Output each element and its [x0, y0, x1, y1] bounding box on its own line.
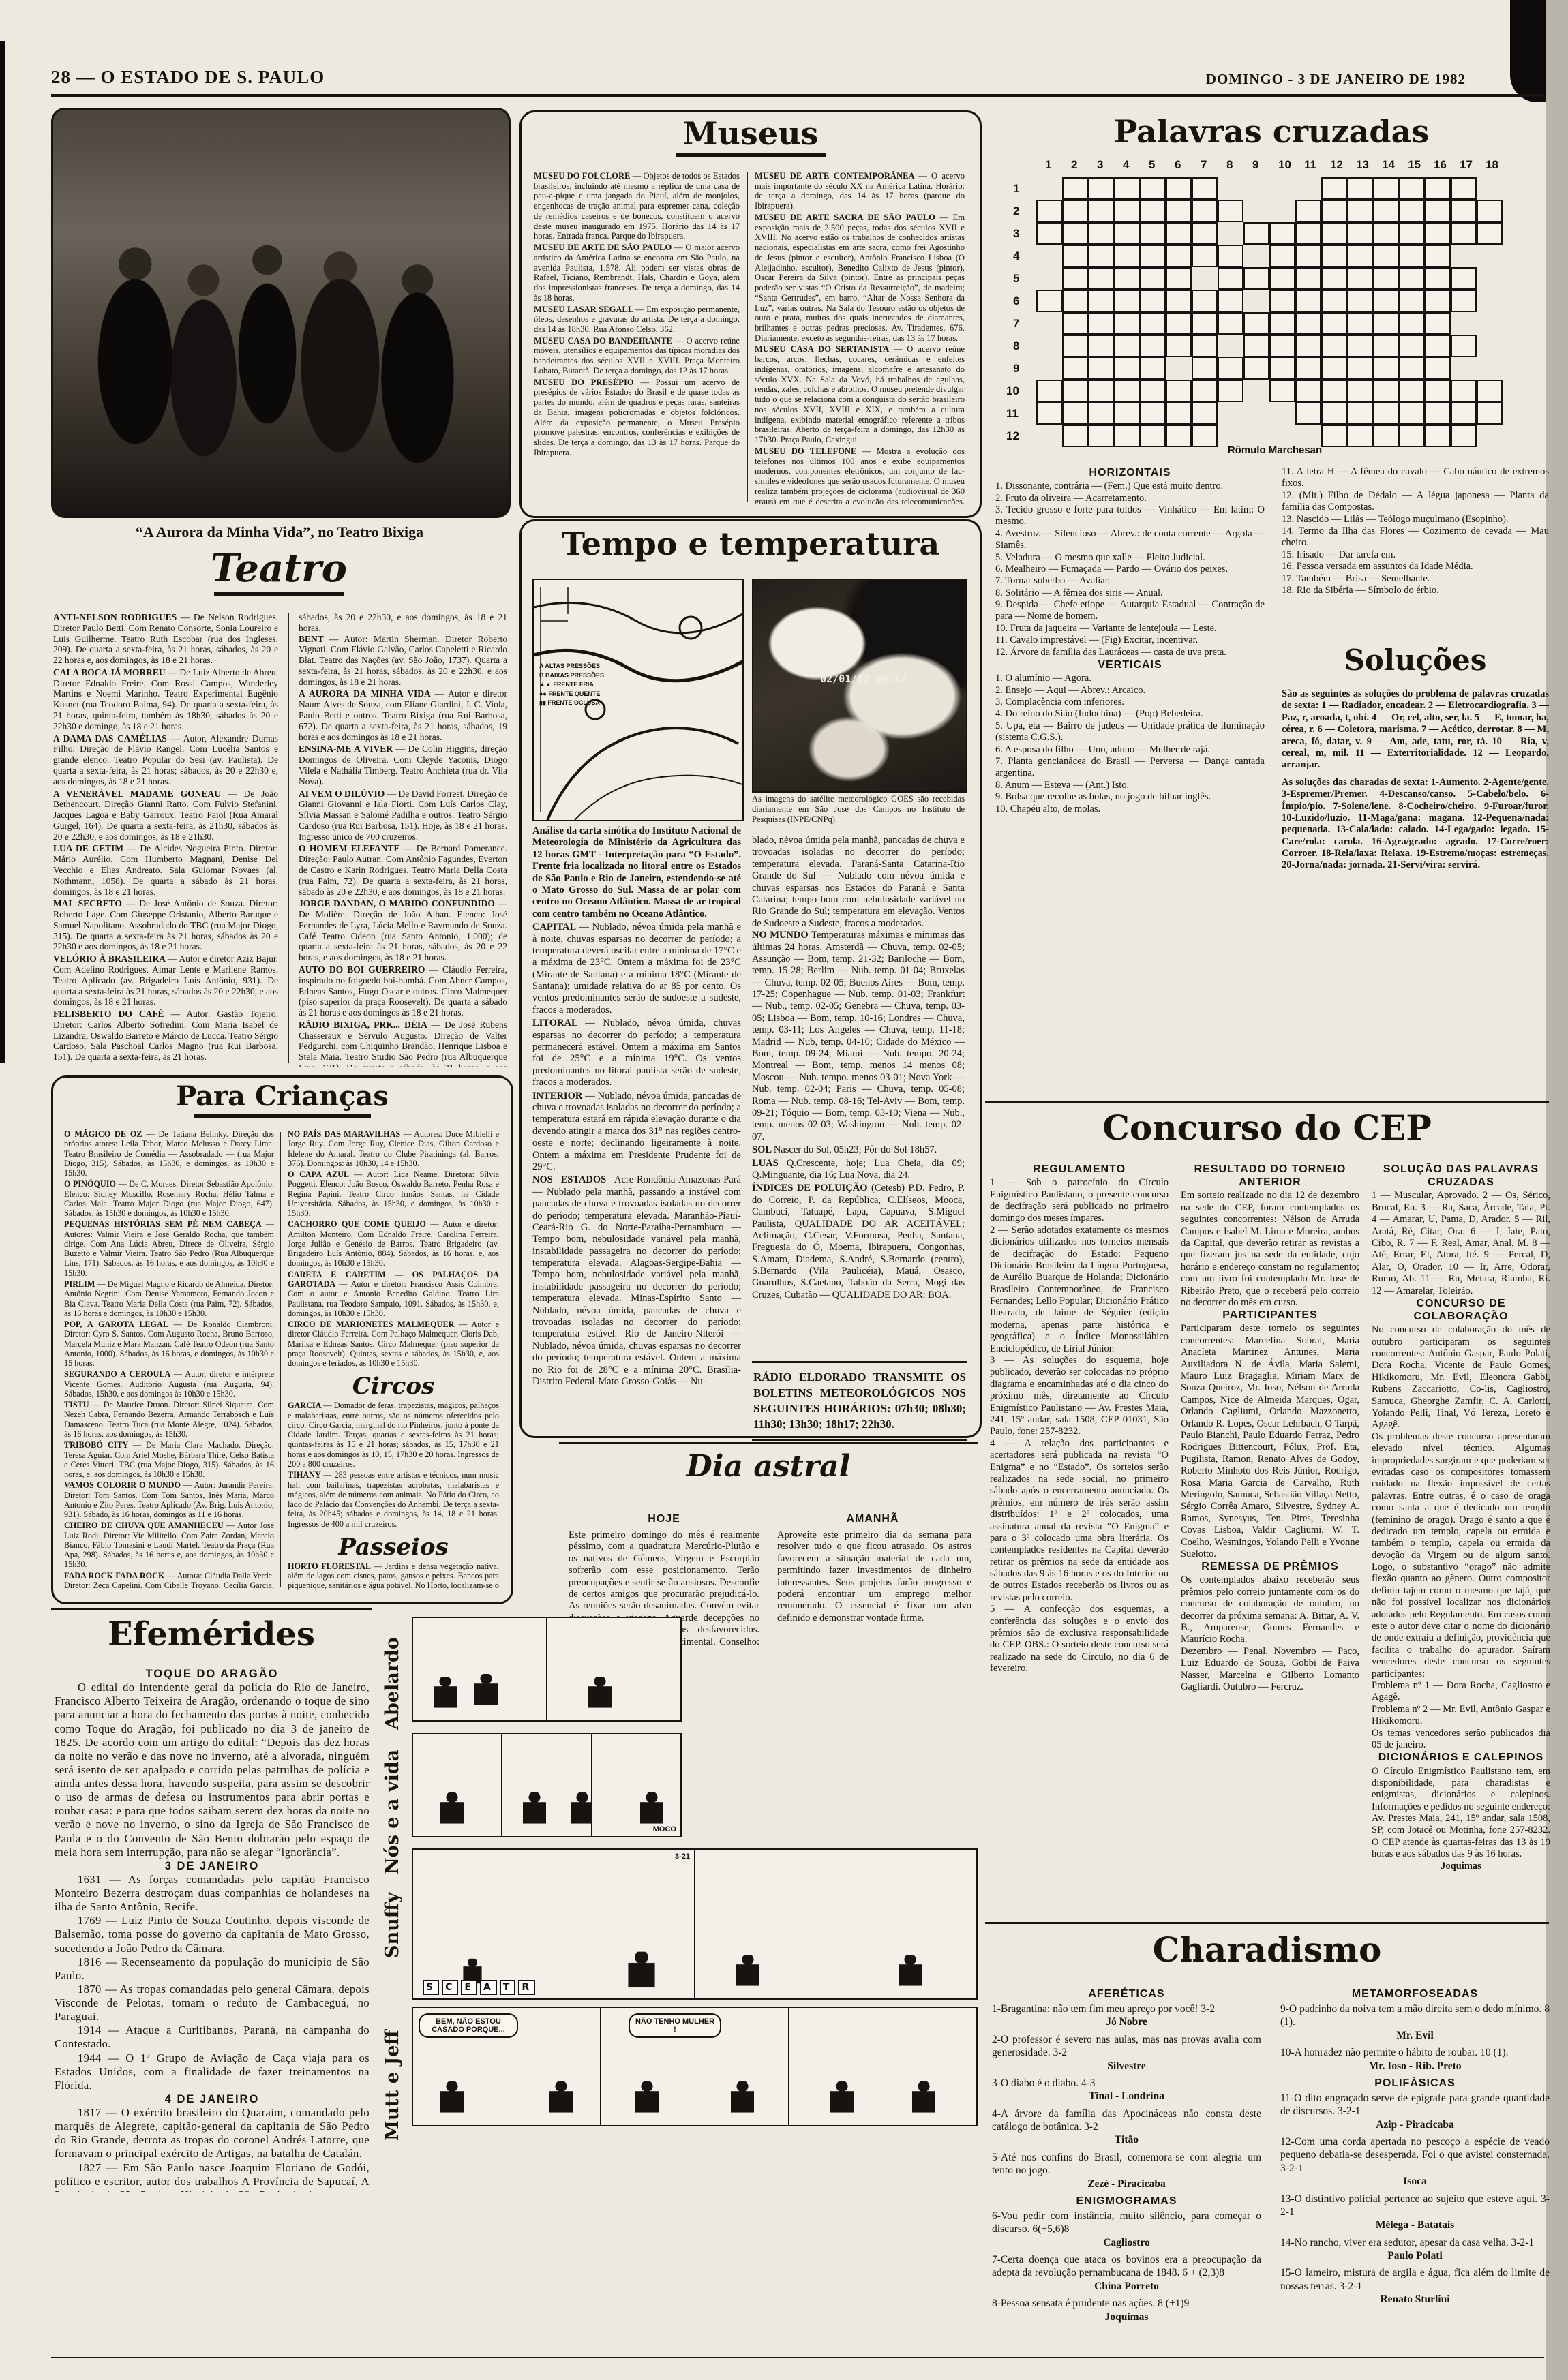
crossword-credit: Rômulo Marchesan	[1064, 444, 1486, 456]
author-signature: China Porreto	[992, 2280, 1261, 2293]
cep-column-1: REGULAMENTO1 — Sob o patrocínio do Círcu…	[990, 1163, 1169, 1909]
crossword-cell	[1218, 200, 1243, 222]
text-item: 17. Também — Brisa — Semelhante.	[1282, 573, 1549, 585]
satellite-timestamp: 02/01/82 09:17	[820, 673, 906, 686]
crossword-cell	[1399, 357, 1425, 380]
museus-column-2: MUSEU DE ARTE CONTEMPORÂNEA — O acervo m…	[755, 171, 965, 504]
text-item: 5. Veladura — O mesmo que xalle — Pleito…	[995, 552, 1265, 564]
crossword-cell	[1088, 402, 1114, 425]
author-signature: Zezé - Piracicaba	[992, 2178, 1261, 2191]
text-item: NO PAÍS DAS MARAVILHAS — Autores: Duce M…	[288, 1129, 499, 1168]
crossword-cell	[1088, 357, 1114, 380]
crossword-cell	[1140, 380, 1166, 402]
crossword-cell	[1295, 335, 1321, 357]
text-item: 1 — Sob o patrocínio do Círculo Enigmíst…	[990, 1177, 1169, 1225]
crossword-cell	[1347, 380, 1373, 402]
crossword-cell	[1347, 402, 1373, 425]
solucoes-headline: Soluções	[1282, 646, 1549, 675]
cep-column-2: RESULTADO DO TORNEIO ANTERIOREm sorteio …	[1181, 1163, 1359, 1909]
text-item: LUAS Q.Crescente, hoje; Lua Cheia, dia 0…	[752, 1158, 965, 1182]
section-subhead: AFERÉTICAS	[992, 1987, 1261, 2001]
text-item: MUSEU DO FOLCLORE — Objetos de todos os …	[534, 171, 740, 241]
toy-block-letter: E	[461, 1980, 477, 1995]
crossword-cell	[1166, 290, 1192, 312]
crossword-cell	[1451, 290, 1477, 312]
crossword-cell	[1269, 222, 1295, 245]
author-signature: Paulo Polati	[1280, 2249, 1550, 2262]
crossword-cell	[1192, 290, 1218, 312]
text-item: 3-O diabo é o diabo. 4-3	[992, 2077, 1261, 2090]
crossword-cell	[1166, 222, 1192, 245]
crossword-cell	[1166, 335, 1192, 357]
text-item: Análise da carta sinótica do Instituto N…	[532, 825, 741, 920]
para-criancas-column-2-entries: NO PAÍS DAS MARAVILHAS — Autores: Duce M…	[288, 1129, 499, 1369]
crossword-cell	[1321, 380, 1347, 402]
crossword-cell	[1321, 290, 1347, 312]
crossword-cell	[1088, 335, 1114, 357]
tempo-column-1: Análise da carta sinótica do Instituto N…	[532, 825, 741, 1425]
crossword-cell	[1062, 402, 1088, 425]
crossword-cell	[1114, 267, 1140, 290]
text-item: ENSINA-ME A VIVER — De Colin Higgins, di…	[299, 744, 507, 787]
text-item: CALA BOCA JÁ MORREU — De Luiz Alberto de…	[53, 667, 278, 732]
tempo-box: Tempo e temperatura A ALTAS PRESSÕESB BA…	[519, 519, 982, 1438]
crossword-cell	[1347, 357, 1373, 380]
crossword-cell	[1399, 222, 1425, 245]
crossword-col-number: 16	[1434, 158, 1447, 172]
text-item: MUSEU LASAR SEGALL — Em exposição perman…	[534, 305, 740, 335]
crossword-cell	[1062, 245, 1088, 267]
crossword-col-number: 12	[1330, 158, 1343, 172]
crossword-cell	[1114, 357, 1140, 380]
crossword-cell	[1399, 290, 1425, 312]
crossword-cell	[1218, 245, 1243, 267]
crossword-grid: 1234567891011121314151617181234567891011…	[997, 158, 1549, 458]
crossword-cell	[1088, 267, 1114, 290]
para-criancas-column-2: NO PAÍS DAS MARAVILHAS — Autores: Duce M…	[288, 1129, 499, 1590]
crossword-cell	[1399, 402, 1425, 425]
photo-caption: “A Aurora da Minha Vida”, no Teatro Bixi…	[58, 523, 501, 541]
crossword-cell	[1321, 357, 1347, 380]
crossword-cell	[1295, 200, 1321, 222]
crossword-cell	[1166, 245, 1192, 267]
crossword-cell	[1373, 312, 1399, 335]
text-item: POP, A GAROTA LEGAL — De Ronaldo Ciambro…	[64, 1319, 274, 1368]
crossword-cell	[1218, 380, 1243, 402]
crossword-cell	[1373, 402, 1399, 425]
text-item: 2. Fruto da oliveira — Acarretamento.	[995, 493, 1265, 504]
author-signature: Joquimas	[992, 2310, 1261, 2323]
author-signature: Silvestre	[992, 2060, 1261, 2073]
crossword-cell	[1114, 222, 1140, 245]
crossword-col-number: 14	[1382, 158, 1395, 172]
scan-left-artifact	[0, 41, 5, 1063]
section-subhead: REMESSA DE PRÊMIOS	[1181, 1560, 1359, 1573]
text-item: NOS ESTADOS Acre-Rondônia-Amazonas-Pará …	[532, 1174, 741, 1388]
crossword-col-number: 7	[1201, 158, 1207, 172]
text-item: FADA ROCK FADA ROCK — Autora: Cláudia Da…	[64, 1571, 274, 1590]
crossword-row-number: 11	[1006, 407, 1019, 421]
text-item: Dezembro — Penal. Novembro — Paco, Luiz …	[1181, 1646, 1359, 1694]
charadismo-column-1: AFERÉTICAS1-Bragantina: não tem fim meu …	[992, 1987, 1261, 2328]
crossword-row-number: 12	[1006, 429, 1019, 443]
crossword-cell	[1114, 177, 1140, 200]
text-item: MUSEU DO PRESÉPIO — Possui um acervo de …	[534, 378, 740, 458]
crossword-clues-col1: HORIZONTAIS1. Dissonante, contrária — (F…	[995, 466, 1265, 1093]
crossword-cell	[1114, 335, 1140, 357]
crossword-cell	[1140, 245, 1166, 267]
crossword-cell	[1321, 267, 1347, 290]
radio-eldorado-box: RÁDIO ELDORADO TRANSMITE OS BOLETINS MET…	[752, 1361, 967, 1441]
crossword-cell	[1036, 290, 1062, 312]
text-item: BENT — Autor: Martin Sherman. Diretor Ro…	[299, 634, 507, 688]
text-item: 8. Solitário — A fêmea dos siris — Anual…	[995, 588, 1265, 599]
text-item: 4. Do reino do Sião (Indochina) — (Pop) …	[995, 708, 1265, 720]
crossword-cell	[1321, 200, 1347, 222]
crossword-cell	[1425, 357, 1451, 380]
text-item: 7-Certa doença que ataca os bovinos era …	[992, 2253, 1261, 2280]
crossword-cell	[1477, 380, 1503, 402]
text-item: CAPITAL — Nublado, névoa úmida pela manh…	[532, 921, 741, 1016]
crossword-cell	[1295, 290, 1321, 312]
toy-block-letter: C	[442, 1980, 458, 1995]
section-subhead: PARTICIPANTES	[1181, 1309, 1359, 1322]
toy-block-letter: R	[518, 1980, 535, 1995]
crossword-cell	[1036, 402, 1062, 425]
crossword-cell	[1399, 267, 1425, 290]
crossword-row-number: 8	[1013, 339, 1019, 353]
speech-bubble-1: BEM, NÃO ESTOU CASADO PORQUE...	[419, 2013, 518, 2038]
crossword-cell	[1451, 335, 1477, 357]
crossword-cell	[1269, 290, 1295, 312]
crossword-col-number: 17	[1460, 158, 1473, 172]
text-item: INTERIOR — Nublado, névoa úmida, pancada…	[532, 1090, 741, 1174]
crossword-cell	[1321, 245, 1347, 267]
crossword-cell	[1088, 290, 1114, 312]
crossword-cell	[1218, 267, 1243, 290]
ephemeris-item: 1631 — As forças comandadas pelo capitão…	[55, 1873, 370, 1914]
ephemeris-item: 1870 — As tropas comandadas pelo general…	[55, 1983, 370, 2024]
crossword-cell	[1425, 402, 1451, 425]
efemerides-par1: O edital do intendente geral da polícia …	[55, 1681, 370, 1859]
text-item: 3. Complacência com inferiores.	[995, 697, 1265, 708]
crossword-cell	[1399, 177, 1425, 200]
text-item: 6. Mealheiro — Fumaçada — Pardo — Ovário…	[995, 564, 1265, 575]
text-item: 1 — Muscular, Aprovado. 2 — Os, Sérico, …	[1372, 1190, 1550, 1297]
crossword-cell	[1269, 335, 1295, 357]
crossword-cell	[1140, 312, 1166, 335]
crossword-cell	[1399, 200, 1425, 222]
crossword-col-number: 11	[1304, 158, 1316, 172]
dia-astral-top-rule	[559, 1442, 978, 1444]
museus-headline: Museus	[522, 118, 980, 157]
text-item: 2. Ensejo — Aqui — Abrev.: Arcaico.	[995, 685, 1265, 697]
section-subhead: ENIGMOGRAMAS	[992, 2195, 1261, 2208]
text-item: ANTI-NELSON RODRIGUES — De Nelson Rodrig…	[53, 612, 278, 666]
crossword-cell	[1062, 380, 1088, 402]
header-rule-thick	[51, 94, 1544, 97]
text-item: VAMOS COLORIR O MUNDO — Autor: Jurandir …	[64, 1480, 274, 1519]
text-item: Os temas vencedores serão publicados dia…	[1372, 1728, 1550, 1752]
crossword-cell	[1399, 335, 1425, 357]
crossword-col-number: 18	[1486, 158, 1498, 172]
crossword-cell	[1166, 177, 1192, 200]
bottom-rule	[51, 2357, 1544, 2358]
text-item: MUSEU CASA DO SERTANISTA — O acervo reún…	[755, 344, 965, 444]
text-item: ÍNDICES DE POLUIÇÃO (Cetesb) P.D. Pedro,…	[752, 1183, 965, 1301]
text-item: 3. Tecido grosso e forte para toldos — V…	[995, 504, 1265, 528]
crossword-cell	[1295, 312, 1321, 335]
dia-astral-amanha-label: AMANHÃ	[777, 1513, 968, 1525]
text-item: 4-A árvore da família das Apocináceas nã…	[992, 2107, 1261, 2134]
crossword-col-number: 13	[1356, 158, 1369, 172]
efemerides-sub2: 3 DE JANEIRO	[55, 1859, 370, 1873]
crossword-cell	[1243, 357, 1269, 380]
text-item: blado, névoa úmida pela manhã, pancadas …	[752, 835, 965, 930]
comic-title-snuffy: Snuffy	[382, 1861, 403, 1990]
crossword-cell	[1140, 402, 1166, 425]
text-item: 18. Rio da Sibéria — Símbolo do érbio.	[1282, 585, 1549, 596]
crossword-cell	[1373, 380, 1399, 402]
tempo-column-2: blado, névoa úmida pela manhã, pancadas …	[752, 835, 965, 1353]
ephemeris-item: 1944 — O 1º Grupo de Aviação de Caça via…	[55, 2051, 370, 2092]
museus-column-1: MUSEU DO FOLCLORE — Objetos de todos os …	[534, 171, 740, 504]
crossword-cell	[1295, 380, 1321, 402]
header-rule-thin	[51, 100, 1544, 100]
toy-block-letter: A	[480, 1980, 497, 1995]
crossword-cell	[1140, 267, 1166, 290]
crossword-col-number: 3	[1097, 158, 1103, 172]
crossword-cell	[1347, 312, 1373, 335]
crossword-cell	[1425, 267, 1451, 290]
dateline: DOMINGO - 3 DE JANEIRO DE 1982	[1206, 71, 1466, 88]
crossword-col-number: 8	[1226, 158, 1233, 172]
charadismo-column-2: METAMORFOSEADAS9-O padrinho da noiva tem…	[1280, 1987, 1550, 2328]
text-item: Os problemas deste concurso apresentaram…	[1372, 1431, 1550, 1680]
text-item: Participaram deste torneio os seguintes …	[1181, 1323, 1359, 1560]
text-item: SEGURANDO A CEROULA — Autor, diretor e i…	[64, 1369, 274, 1399]
text-item: 16. Pessoa versada em assuntos da Idade …	[1282, 561, 1549, 573]
text-item: 12. (Mit.) Filho de Dédalo — A légua jap…	[1282, 490, 1549, 514]
para-criancas-headline: Para Crianças	[53, 1083, 511, 1118]
crossword-cell	[1269, 312, 1295, 335]
crossword-cell	[1166, 402, 1192, 425]
text-item: SOL Nascer do Sol, 05h23; Pôr-do-Sol 18h…	[752, 1144, 965, 1156]
crossword-cell	[1114, 200, 1140, 222]
crossword-cell	[1062, 267, 1088, 290]
crossword-col-number: 1	[1045, 158, 1051, 172]
text-item: 10. Chapéu alto, de molas.	[995, 804, 1265, 815]
charadismo-headline: Charadismo	[985, 1933, 1549, 1967]
crossword-cell	[1192, 222, 1218, 245]
page-number-masthead: 28 — O ESTADO DE S. PAULO	[51, 67, 325, 88]
text-item: CHEIRO DE CHUVA QUE AMANHECEU — Autor Jo…	[64, 1521, 274, 1569]
text-item: 14. Termo da Ilha das Flores — Cozimento…	[1282, 525, 1549, 549]
crossword-cell	[1373, 222, 1399, 245]
text-item: MUSEU DE ARTE SACRA DE SÃO PAULO — Em ex…	[755, 213, 965, 344]
text-item: A AURORA DA MINHA VIDA — Autor e diretor…	[299, 688, 507, 742]
text-item: NO MUNDO Temperaturas máximas e mínimas …	[752, 930, 965, 1143]
text-item: CACHORRO QUE COME QUEIJO — Autor e diret…	[288, 1219, 499, 1268]
text-item: 2-O professor é severo nas aulas, mas na…	[992, 2033, 1261, 2060]
crossword-row-number: 4	[1013, 249, 1019, 263]
crossword-cell	[1373, 245, 1399, 267]
crossword-cell	[1192, 312, 1218, 335]
text-item: sábados, às 20 e 22h30, e aos domingos, …	[299, 612, 507, 634]
crossword-cell	[1321, 335, 1347, 357]
efemerides-body: TOQUE DO ARAGÃO O edital do intendente g…	[55, 1667, 370, 2192]
text-item: O Círculo Enigmístico Paulistano tem, em…	[1372, 1766, 1550, 1861]
crossword-cell	[1347, 267, 1373, 290]
crossword-cell	[1114, 245, 1140, 267]
crossword-cell	[1269, 357, 1295, 380]
text-item: MUSEU DE ARTE DE SÃO PAULO — O maior ace…	[534, 243, 740, 303]
text-item: AI VEM O DILÚVIO — De David Forrest. Dir…	[299, 789, 507, 842]
text-item: 14-No rancho, viver era sedutor, apesar …	[1280, 2236, 1550, 2249]
author-signature: Cagliostro	[992, 2236, 1261, 2249]
author-signature: Mélega - Batatais	[1280, 2218, 1550, 2231]
text-item: 12. Árvore da família das Lauráceas — ca…	[995, 647, 1265, 658]
crossword-cell	[1373, 200, 1399, 222]
comic-strip-snuffy: 3-21 SCEATR	[412, 1848, 978, 2000]
text-item: CIRCO DE MARIONETES MALMEQUER — Autor e …	[288, 1319, 499, 1368]
section-subhead: SOLUÇÃO DAS PALAVRAS CRUZADAS	[1372, 1163, 1550, 1189]
crossword-cell	[1347, 200, 1373, 222]
crossword-cell	[1243, 267, 1269, 290]
crossword-cell	[1192, 335, 1218, 357]
solucoes-par2: As soluções das charadas de sexta: 1-Aum…	[1282, 777, 1549, 872]
section-subhead: VERTICAIS	[995, 658, 1265, 671]
dia-astral-hoje-label: HOJE	[569, 1513, 759, 1525]
crossword-cell	[1140, 222, 1166, 245]
crossword-col-number: 9	[1252, 158, 1258, 172]
crossword-cell	[1347, 177, 1373, 200]
text-item: 13-O distintivo policial pertence ao suj…	[1280, 2193, 1550, 2219]
comic-title-mutt-e-jeff: Mutt e Jeff	[382, 2021, 403, 2150]
text-item: O CAPA AZUL — Autor: Lica Neame. Diretor…	[288, 1170, 499, 1218]
text-item: 8. Anum — Esteva — (Ant.) Isto.	[995, 780, 1265, 791]
newspaper-page: { "header":{ "page_masthead":"28 — O EST…	[0, 0, 1568, 2380]
text-item: AUTO DO BOI GUERREIRO — Cláudio Ferreira…	[299, 964, 507, 1018]
text-item: 8-Pessoa sensata é prudente nas ações. 8…	[992, 2297, 1261, 2310]
crossword-cell	[1477, 402, 1503, 425]
crossword-col-number: 15	[1408, 158, 1421, 172]
crossword-cell	[1321, 402, 1347, 425]
efemerides-sub3: 4 DE JANEIRO	[55, 2092, 370, 2106]
text-item: CARETA E CARETIM — OS PALHAÇOS DA GAROTA…	[288, 1270, 499, 1318]
text-item: Os contemplados abaixo receberão seus pr…	[1181, 1574, 1359, 1645]
efemerides-sub1: TOQUE DO ARAGÃO	[55, 1667, 370, 1681]
text-item: 1. Dissonante, contrária — (Fem.) Que es…	[995, 480, 1265, 492]
author-signature: Jó Nobre	[992, 2015, 1261, 2028]
author-signature: Mr. Ioso - Rib. Preto	[1280, 2060, 1550, 2073]
satellite-image: 02/01/82 09:17	[752, 579, 967, 793]
text-item: TISTU — De Maurice Druon. Diretor: Silne…	[64, 1400, 274, 1439]
crossword-cell	[1062, 312, 1088, 335]
crossword-cell	[1192, 402, 1218, 425]
crossword-cell	[1451, 402, 1477, 425]
alphabet-blocks: SCEATR	[423, 1982, 538, 1993]
text-item: 12-Com uma corda apertada no pescoço a e…	[1280, 2135, 1550, 2175]
crossword-cell	[1425, 335, 1451, 357]
text-item: 1. O alumínio — Agora.	[995, 673, 1265, 684]
para-criancas-column-1: O MÁGICO DE OZ — De Tatiana Belinky. Dir…	[64, 1129, 274, 1590]
crossword-cell	[1295, 245, 1321, 267]
text-item: 5-Até nos confins do Brasil, comemora-se…	[992, 2151, 1261, 2178]
speech-bubble-2: NÃO TENHO MULHER !	[629, 2013, 721, 2038]
charadismo-top-rule	[985, 1922, 1549, 1924]
museus-box: Museus MUSEU DO FOLCLORE — Objetos de to…	[519, 110, 982, 518]
crossword-cell	[1192, 357, 1218, 380]
author-signature: Renato Sturlini	[1280, 2293, 1550, 2306]
text-item: 15-O lameiro, mistura de argila e água, …	[1280, 2266, 1550, 2293]
section-subhead: RESULTADO DO TORNEIO ANTERIOR	[1181, 1163, 1359, 1189]
text-item: 7. Planta gencianácea do Brasil — Perver…	[995, 756, 1265, 780]
crossword-row-number: 6	[1013, 294, 1019, 308]
crossword-cell	[1321, 177, 1347, 200]
ephemeris-item: 1769 — Luiz Pinto de Souza Coutinho, dep…	[55, 1914, 370, 1955]
crossword-cell	[1166, 312, 1192, 335]
crossword-clues-col2: 11. A letra H — A fêmea do cavalo — Cabo…	[1282, 466, 1549, 637]
passeios-headline: Passeios	[288, 1536, 499, 1559]
crossword-col-number: 10	[1278, 158, 1291, 172]
section-subhead: CONCURSO DE COLABORAÇÃO	[1372, 1297, 1550, 1323]
text-item: 13. Nascido — Lilás — Teólogo muçulmano …	[1282, 514, 1549, 525]
tempo-headline: Tempo e temperatura	[522, 528, 980, 560]
text-item: 9. Bolsa que recolhe as bolas, no jogo d…	[995, 791, 1265, 803]
cep-column-3: SOLUÇÃO DAS PALAVRAS CRUZADAS1 — Muscula…	[1372, 1163, 1550, 1909]
crossword-cell	[1218, 312, 1243, 335]
toy-block-letter: S	[423, 1980, 439, 1995]
author-signature: Tinal - Londrina	[992, 2090, 1261, 2103]
crossword-cell	[1425, 200, 1451, 222]
text-item: 4. Avestruz — Silencioso — Abrev.: de co…	[995, 528, 1265, 552]
crossword-cell	[1399, 312, 1425, 335]
text-item: 9. Despida — Chefe etíope — Autarquia Es…	[995, 599, 1265, 623]
crossword-cell	[1347, 245, 1373, 267]
crossword-cell	[1373, 177, 1399, 200]
crossword-cell	[1062, 222, 1088, 245]
crossword-cell	[1062, 357, 1088, 380]
author-signature: Azip - Piracicaba	[1280, 2118, 1550, 2131]
crossword-cell	[1425, 380, 1451, 402]
comic-signature: MOCO	[653, 1825, 676, 1833]
synoptic-map: A ALTAS PRESSÕESB BAIXAS PRESSÕES▲▲ FREN…	[532, 579, 744, 821]
comic-title-abelardo: Abelardo	[382, 1622, 403, 1745]
text-item: 2 — Serão adotados exatamente os mesmos …	[990, 1225, 1169, 1355]
cep-headline: Concurso do CEP	[985, 1111, 1549, 1145]
crossword-cell	[1088, 177, 1114, 200]
text-item: 11. A letra H — A fêmea do cavalo — Cabo…	[1282, 466, 1549, 490]
crossword-cell	[1036, 380, 1062, 402]
crossword-cell	[1062, 290, 1088, 312]
crossword-cell	[1036, 222, 1062, 245]
crossword-row-number: 3	[1013, 227, 1019, 241]
crossword-cell	[1477, 200, 1503, 222]
crossword-cell	[1269, 380, 1295, 402]
section-subhead: HORIZONTAIS	[995, 466, 1265, 479]
section-subhead: METAMORFOSEADAS	[1280, 1987, 1550, 2001]
crossword-cell	[1399, 245, 1425, 267]
crossword-cell	[1218, 290, 1243, 312]
crossword-cell	[1373, 357, 1399, 380]
crossword-cell	[1295, 402, 1321, 425]
crossword-row-number: 1	[1013, 182, 1019, 196]
crossword-cell	[1062, 177, 1088, 200]
map-legend: A ALTAS PRESSÕESB BAIXAS PRESSÕES▲▲ FREN…	[539, 662, 604, 708]
crossword-row-number: 10	[1006, 384, 1019, 398]
crossword-cell	[1295, 267, 1321, 290]
